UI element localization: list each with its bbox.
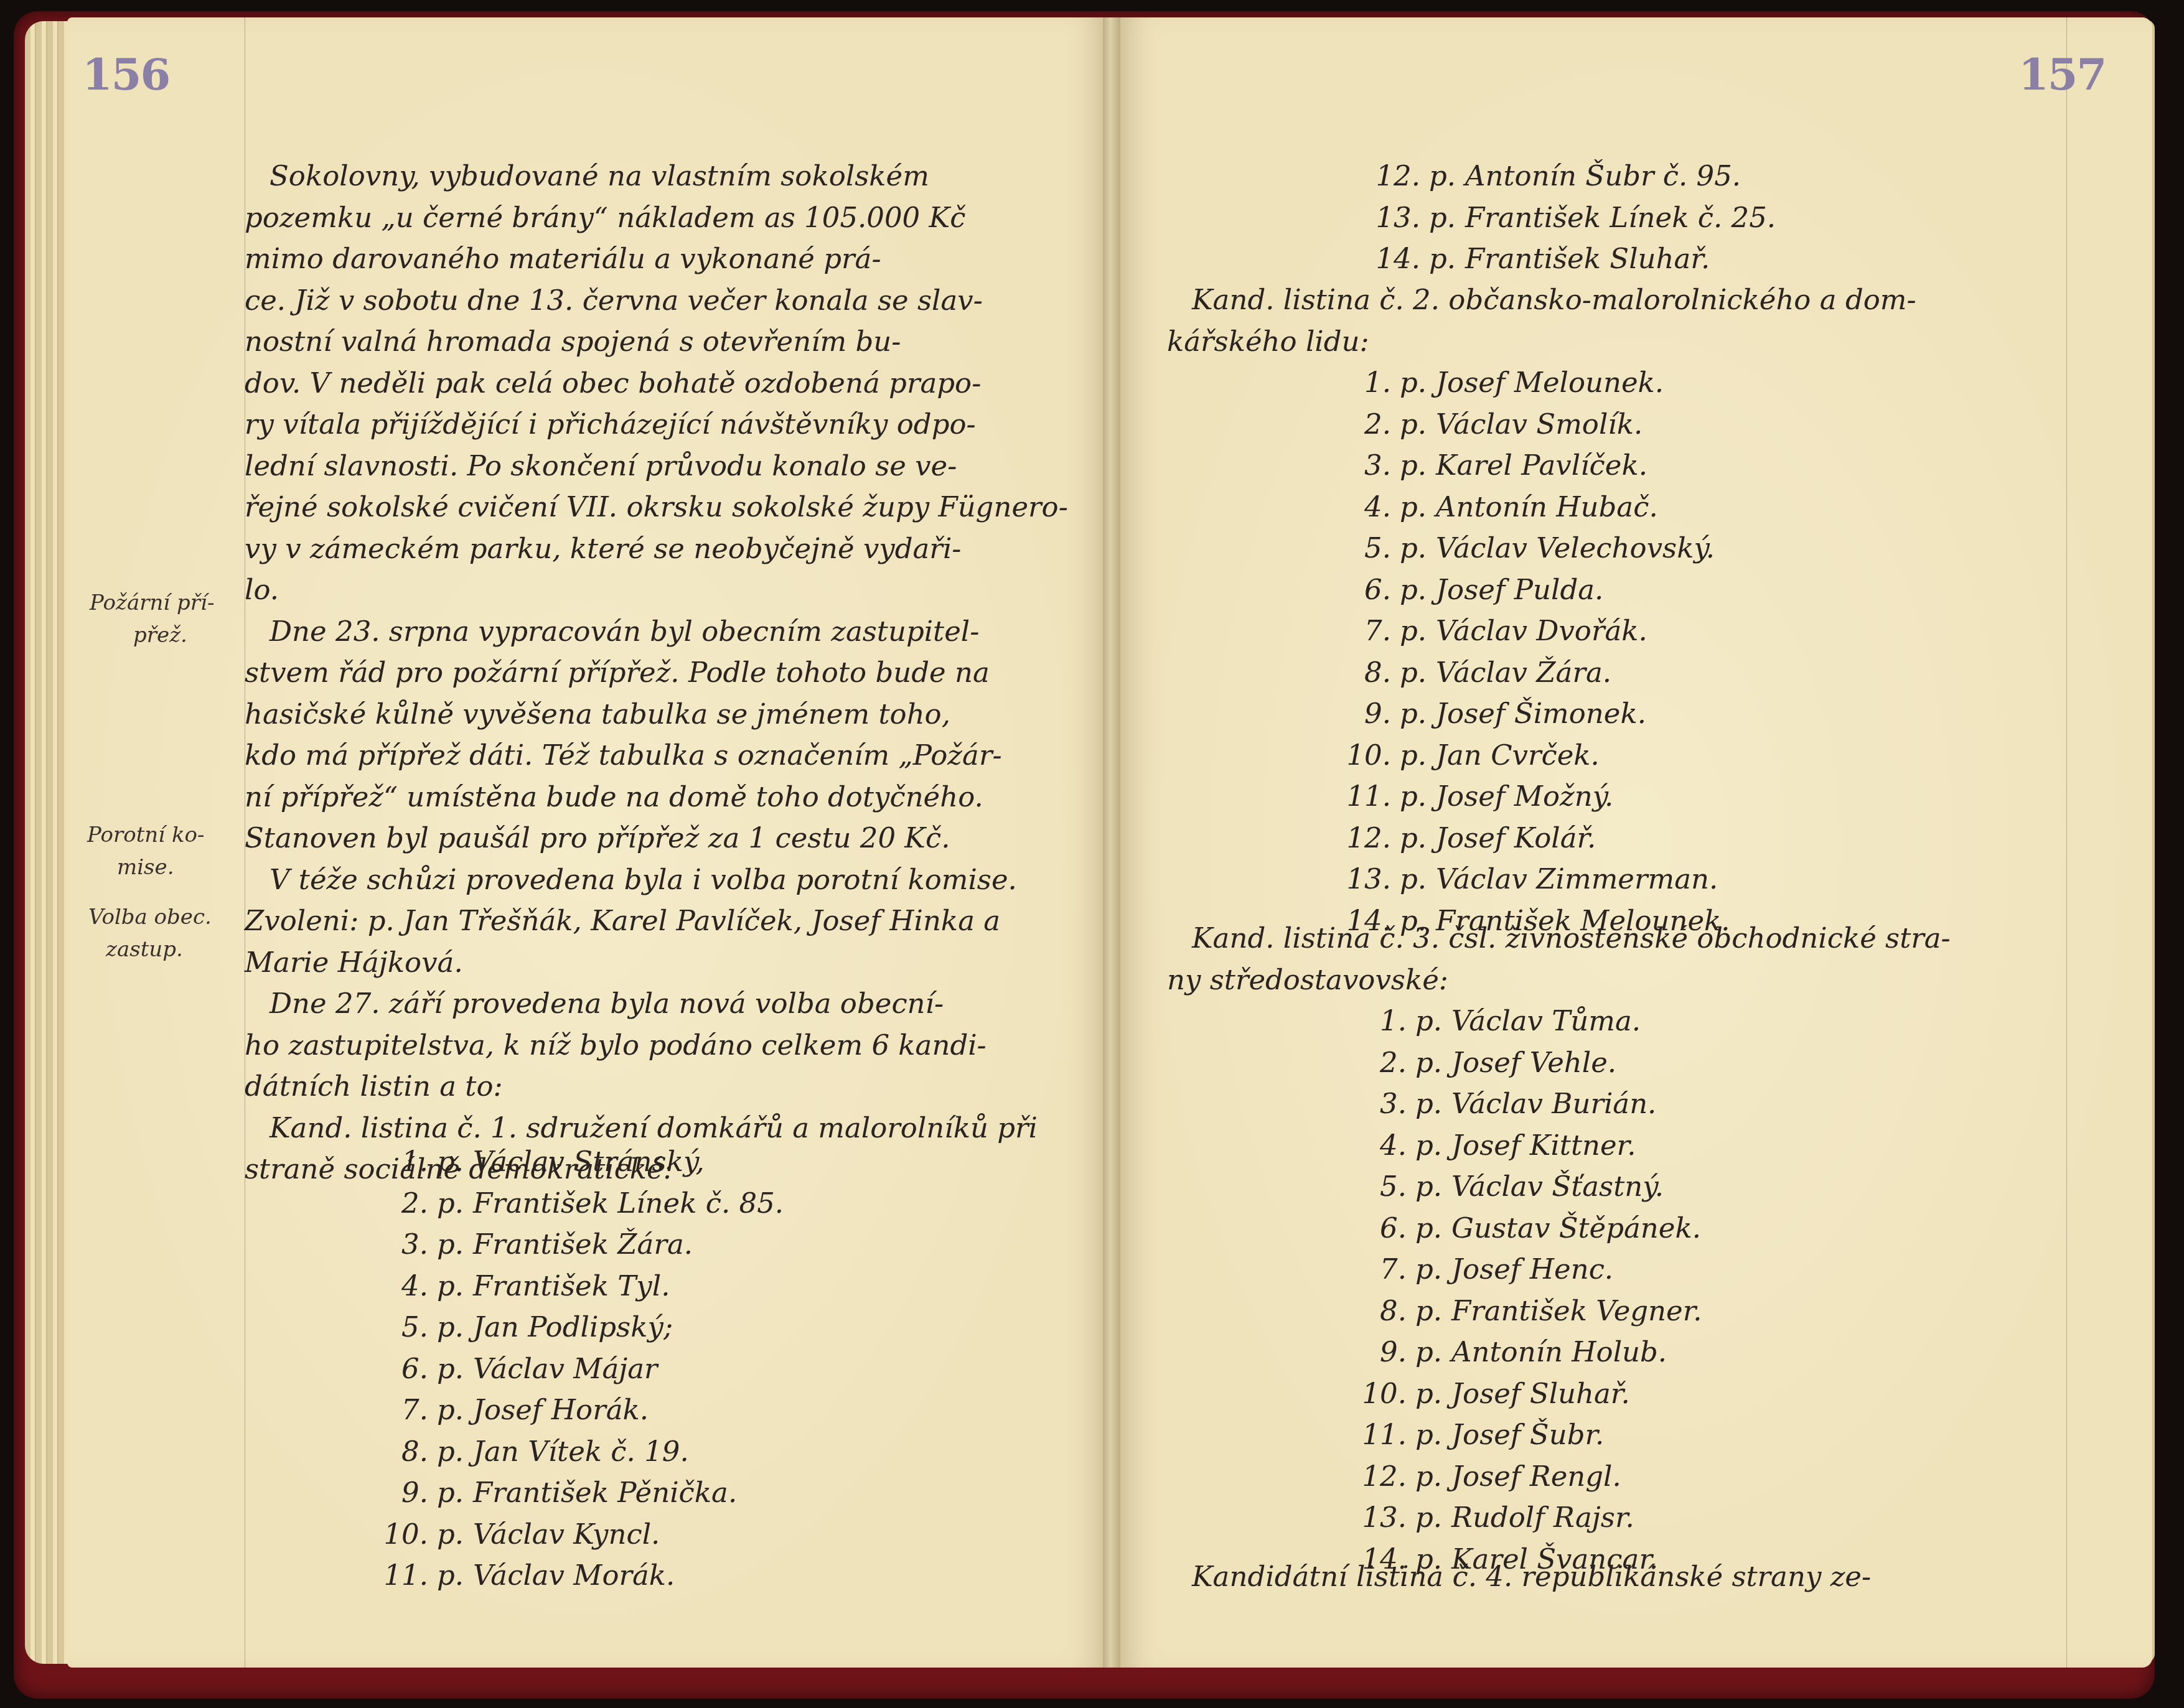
text-line: Kand. listina č. 3. čsl. živnostenské ob… xyxy=(1167,918,1951,959)
candidate-num: 6. xyxy=(1335,569,1391,610)
candidate-num: 13. xyxy=(1335,859,1391,900)
candidate-row: 6.p.Gustav Štěpánek. xyxy=(1351,1208,1702,1249)
candidate-prefix: p. xyxy=(437,1431,473,1472)
candidate-num: 7. xyxy=(1351,1249,1407,1290)
candidate-row: 9.p.František Pěnička. xyxy=(372,1472,784,1514)
candidate-row: 1.p.Josef Melounek. xyxy=(1335,362,1730,404)
candidate-row: 9.p.Antonín Holub. xyxy=(1351,1332,1702,1373)
text-line: hasičské kůlně vyvěšena tabulka se jméne… xyxy=(245,694,1068,735)
candidate-prefix: p. xyxy=(437,1348,473,1389)
page-number-right: 157 xyxy=(2018,49,2106,100)
text-line: Kandidátní listina č. 4. republikánské s… xyxy=(1167,1556,1871,1598)
candidate-row: 11.p.Josef Možný. xyxy=(1335,776,1730,818)
candidate-prefix: p. xyxy=(1400,487,1436,528)
candidate-name: Josef Rengl. xyxy=(1451,1460,1621,1493)
text-line: ry vítala přijíždějící i přicházející ná… xyxy=(245,404,1068,446)
candidate-row: 12.p.Antonín Šubr č. 95. xyxy=(1364,156,1776,197)
right-page: 157 12.p.Antonín Šubr č. 95.13.p.Františ… xyxy=(1120,17,2152,1668)
candidate-row: 7.p.Václav Dvořák. xyxy=(1335,610,1730,652)
candidate-row: 11.p.Václav Morák. xyxy=(372,1555,784,1597)
list-3-heading: Kand. listina č. 3. čsl. živnostenské ob… xyxy=(1167,918,1951,1001)
candidate-num: 7. xyxy=(1335,610,1391,651)
candidate-row: 11.p.Josef Šubr. xyxy=(1351,1414,1702,1456)
text-line: vy v zámeckém parku, které se neobyčejně… xyxy=(245,528,1068,570)
candidate-row: 13.p.Rudolf Rajsr. xyxy=(1351,1497,1702,1539)
candidate-row: 8.p.František Vegner. xyxy=(1351,1290,1702,1332)
page-number-left: 156 xyxy=(82,49,169,100)
candidate-row: 3.p.Václav Burián. xyxy=(1351,1083,1702,1125)
candidate-name: Josef Kolář. xyxy=(1436,821,1596,854)
candidate-name: Karel Pavlíček. xyxy=(1436,449,1647,482)
candidate-prefix: p. xyxy=(1400,859,1436,900)
candidate-name: Václav Morák. xyxy=(473,1559,675,1592)
candidate-num: 5. xyxy=(1335,528,1391,569)
candidate-prefix: p. xyxy=(1400,818,1436,859)
candidate-row: 10.p.Václav Kyncl. xyxy=(372,1514,784,1556)
candidate-name: Václav Šťastný. xyxy=(1451,1170,1664,1203)
candidate-name: Antonín Holub. xyxy=(1451,1335,1667,1368)
text-line: Sokolovny, vybudované na vlastním sokols… xyxy=(245,156,1068,197)
candidate-row: 9.p.Josef Šimonek. xyxy=(1335,693,1730,735)
margin-note-fire-team: Požární pří- přež. xyxy=(90,587,214,651)
text-line: řejné sokolské cvičení VII. okrsku sokol… xyxy=(245,487,1068,528)
candidate-prefix: p. xyxy=(1400,404,1436,445)
page-edges-left xyxy=(25,21,72,1664)
candidate-num: 1. xyxy=(372,1141,428,1182)
candidate-prefix: p. xyxy=(1415,1208,1451,1249)
list-2-heading: Kand. listina č. 2. občansko-malorolnick… xyxy=(1167,279,1916,362)
candidate-prefix: p. xyxy=(1400,528,1436,569)
candidate-row: 7.p.Josef Henc. xyxy=(1351,1249,1702,1290)
text-line: mimo darovaného materiálu a vykonané prá… xyxy=(245,238,1068,280)
candidate-name: Josef Šubr. xyxy=(1451,1418,1604,1451)
candidate-num: 3. xyxy=(1335,445,1391,486)
candidate-num: 8. xyxy=(1351,1290,1407,1332)
candidate-row: 5.p.Jan Podlipský; xyxy=(372,1307,784,1348)
text-line: Kand. listina č. 2. občansko-malorolnick… xyxy=(1167,279,1916,321)
candidate-num: 1. xyxy=(1335,362,1391,403)
candidate-name: Josef Šimonek. xyxy=(1436,697,1646,730)
candidate-prefix: p. xyxy=(1400,735,1436,776)
text-line: Zvoleni: p. Jan Třešňák, Karel Pavlíček,… xyxy=(245,900,1068,942)
text-line: ní přípřež“ umístěna bude na domě toho d… xyxy=(245,777,1068,818)
text-line: kdo má přípřež dáti. Též tabulka s označ… xyxy=(245,735,1068,777)
candidate-list-1-continued: 12.p.Antonín Šubr č. 95.13.p.František L… xyxy=(1364,156,1776,280)
candidate-name: Václav Tůma. xyxy=(1451,1004,1641,1037)
candidate-list-3: 1.p.Václav Tůma.2.p.Josef Vehle.3.p.Václ… xyxy=(1351,1001,1702,1580)
candidate-num: 10. xyxy=(372,1514,428,1555)
text-line: dov. V neděli pak celá obec bohatě ozdob… xyxy=(245,363,1068,404)
candidate-prefix: p. xyxy=(437,1389,473,1430)
candidate-num: 3. xyxy=(1351,1083,1407,1124)
candidate-num: 8. xyxy=(372,1431,428,1472)
candidate-row: 8.p.Jan Vítek č. 19. xyxy=(372,1431,784,1473)
text-line: kářského lidu: xyxy=(1167,321,1916,363)
candidate-prefix: p. xyxy=(1429,197,1465,238)
text-line: dátních listin a to: xyxy=(245,1066,1068,1108)
candidate-num: 6. xyxy=(1351,1208,1407,1249)
candidate-name: Josef Sluhař. xyxy=(1451,1377,1630,1410)
candidate-prefix: p. xyxy=(1415,1290,1451,1332)
candidate-prefix: p. xyxy=(437,1514,473,1555)
text-line: pozemku „u černé brány“ nákladem as 105.… xyxy=(245,197,1068,239)
candidate-name: Jan Vítek č. 19. xyxy=(473,1435,689,1468)
candidate-prefix: p. xyxy=(1400,693,1436,734)
candidate-prefix: p. xyxy=(1400,652,1436,693)
candidate-num: 13. xyxy=(1351,1497,1407,1538)
candidate-name: Gustav Štěpánek. xyxy=(1451,1211,1701,1244)
candidate-name: Václav Dvořák. xyxy=(1436,614,1647,647)
candidate-num: 14. xyxy=(1364,238,1420,279)
candidate-name: František Sluhař. xyxy=(1465,242,1710,275)
candidate-name: Josef Kittner. xyxy=(1451,1129,1636,1162)
candidate-prefix: p. xyxy=(1415,1373,1451,1414)
candidate-num: 9. xyxy=(1351,1332,1407,1373)
candidate-row: 4.p.František Tyl. xyxy=(372,1266,784,1307)
text-line: stvem řád pro požární přípřež. Podle toh… xyxy=(245,652,1068,694)
candidate-num: 2. xyxy=(372,1183,428,1224)
text-line: ce. Již v sobotu dne 13. června večer ko… xyxy=(245,280,1068,322)
margin-note-jury-commission: Porotní ko- mise. xyxy=(87,819,205,884)
candidate-prefix: p. xyxy=(437,1141,473,1182)
candidate-num: 11. xyxy=(372,1555,428,1596)
candidate-row: 10.p.Jan Cvrček. xyxy=(1335,735,1730,777)
candidate-num: 4. xyxy=(372,1266,428,1307)
candidate-prefix: p. xyxy=(437,1472,473,1513)
candidate-prefix: p. xyxy=(1400,362,1436,403)
candidate-name: Jan Cvrček. xyxy=(1436,739,1600,772)
margin-note-council-election: Volba obec. zastup. xyxy=(88,901,212,966)
candidate-name: Rudolf Rajsr. xyxy=(1451,1501,1634,1534)
candidate-num: 12. xyxy=(1335,818,1391,859)
candidate-prefix: p. xyxy=(437,1266,473,1307)
text-line: V téže schůzi provedena byla i volba por… xyxy=(245,859,1068,901)
candidate-name: Antonín Hubač. xyxy=(1436,490,1658,523)
candidate-prefix: p. xyxy=(1429,238,1465,279)
text-line: lo. xyxy=(245,569,1068,611)
text-line: Dne 23. srpna vypracován byl obecním zas… xyxy=(245,611,1068,653)
candidate-prefix: p. xyxy=(437,1183,473,1224)
candidate-row: 2.p.Václav Smolík. xyxy=(1335,404,1730,446)
candidate-num: 10. xyxy=(1335,735,1391,776)
candidate-row: 2.p.Josef Vehle. xyxy=(1351,1042,1702,1084)
candidate-num: 8. xyxy=(1335,652,1391,693)
candidate-row: 4.p.Antonín Hubač. xyxy=(1335,487,1730,528)
candidate-name: František Tyl. xyxy=(473,1269,670,1302)
candidate-row: 5.p.Václav Velechovský. xyxy=(1335,528,1730,569)
candidate-num: 7. xyxy=(372,1389,428,1430)
candidate-row: 12.p.Josef Kolář. xyxy=(1335,818,1730,859)
candidate-name: František Línek č. 85. xyxy=(473,1187,784,1220)
candidate-row: 5.p.Václav Šťastný. xyxy=(1351,1166,1702,1208)
candidate-name: Josef Melounek. xyxy=(1436,366,1664,399)
candidate-name: Václav Smolík. xyxy=(1436,408,1643,441)
candidate-prefix: p. xyxy=(1415,1497,1451,1538)
text-line: ho zastupitelstva, k níž bylo podáno cel… xyxy=(245,1025,1068,1066)
candidate-name: Václav Žára. xyxy=(1436,656,1611,689)
candidate-row: 4.p.Josef Kittner. xyxy=(1351,1125,1702,1167)
candidate-name: Antonín Šubr č. 95. xyxy=(1465,159,1741,192)
candidate-row: 6.p.Václav Májar xyxy=(372,1348,784,1390)
candidate-num: 2. xyxy=(1335,404,1391,445)
candidate-row: 14.p.František Sluhař. xyxy=(1364,238,1776,280)
text-line: lední slavnosti. Po skončení průvodu kon… xyxy=(245,446,1068,487)
candidate-num: 2. xyxy=(1351,1042,1407,1083)
candidate-name: Václav Stránský, xyxy=(473,1145,705,1178)
candidate-name: Josef Horák. xyxy=(473,1393,649,1426)
candidate-list-1: 1.p.Václav Stránský,2.p.František Línek … xyxy=(372,1141,784,1597)
candidate-name: Václav Burián. xyxy=(1451,1087,1656,1120)
candidate-list-2: 1.p.Josef Melounek.2.p.Václav Smolík.3.p… xyxy=(1335,362,1730,941)
candidate-num: 6. xyxy=(372,1348,428,1389)
margin-rule xyxy=(2066,17,2067,1668)
candidate-prefix: p. xyxy=(1415,1332,1451,1373)
candidate-name: Jan Podlipský; xyxy=(473,1310,673,1343)
candidate-name: Václav Velechovský. xyxy=(1436,531,1715,564)
candidate-name: Václav Kyncl. xyxy=(473,1518,660,1551)
candidate-prefix: p. xyxy=(437,1555,473,1596)
candidate-num: 9. xyxy=(1335,693,1391,734)
candidate-prefix: p. xyxy=(437,1224,473,1265)
candidate-row: 10.p.Josef Sluhař. xyxy=(1351,1373,1702,1415)
candidate-num: 5. xyxy=(372,1307,428,1348)
candidate-prefix: p. xyxy=(437,1307,473,1348)
candidate-num: 4. xyxy=(1335,487,1391,528)
text-line: ny středostavovské: xyxy=(1167,959,1951,1001)
candidate-name: Josef Možný. xyxy=(1436,780,1613,813)
candidate-row: 13.p.Václav Zimmerman. xyxy=(1335,859,1730,900)
candidate-num: 9. xyxy=(372,1472,428,1513)
left-page: 156 Sokolovny, vybudované na vlastním so… xyxy=(67,17,1105,1668)
book-gutter xyxy=(1103,17,1122,1668)
candidate-num: 11. xyxy=(1335,776,1391,817)
candidate-row: 6.p.Josef Pulda. xyxy=(1335,569,1730,611)
candidate-prefix: p. xyxy=(1415,1125,1451,1166)
left-page-body-text: Sokolovny, vybudované na vlastním sokols… xyxy=(245,156,1068,1190)
candidate-prefix: p. xyxy=(1415,1042,1451,1083)
candidate-name: František Pěnička. xyxy=(473,1476,737,1509)
candidate-row: 3.p.Karel Pavlíček. xyxy=(1335,445,1730,487)
candidate-prefix: p. xyxy=(1400,776,1436,817)
candidate-name: Václav Májar xyxy=(473,1352,658,1385)
candidate-row: 12.p.Josef Rengl. xyxy=(1351,1456,1702,1498)
candidate-prefix: p. xyxy=(1415,1166,1451,1207)
candidate-row: 3.p.František Žára. xyxy=(372,1224,784,1266)
candidate-prefix: p. xyxy=(1400,610,1436,651)
candidate-row: 1.p.Václav Stránský, xyxy=(372,1141,784,1183)
candidate-num: 12. xyxy=(1351,1456,1407,1497)
candidate-row: 13.p.František Línek č. 25. xyxy=(1364,197,1776,239)
candidate-num: 3. xyxy=(372,1224,428,1265)
candidate-num: 10. xyxy=(1351,1373,1407,1414)
candidate-prefix: p. xyxy=(1415,1083,1451,1124)
candidate-num: 1. xyxy=(1351,1001,1407,1042)
candidate-prefix: p. xyxy=(1415,1249,1451,1290)
text-line: Marie Hájková. xyxy=(245,942,1068,984)
candidate-row: 8.p.Václav Žára. xyxy=(1335,652,1730,694)
candidate-prefix: p. xyxy=(1415,1456,1451,1497)
candidate-row: 2.p.František Línek č. 85. xyxy=(372,1183,784,1225)
candidate-name: Josef Pulda. xyxy=(1436,573,1603,606)
candidate-prefix: p. xyxy=(1415,1414,1451,1455)
text-line: Dne 27. září provedena byla nová volba o… xyxy=(245,983,1068,1025)
candidate-num: 11. xyxy=(1351,1414,1407,1455)
candidate-num: 5. xyxy=(1351,1166,1407,1207)
candidate-num: 12. xyxy=(1364,156,1420,197)
candidate-num: 4. xyxy=(1351,1125,1407,1166)
candidate-name: František Línek č. 25. xyxy=(1465,201,1776,234)
candidate-name: Josef Henc. xyxy=(1451,1253,1613,1286)
candidate-num: 13. xyxy=(1364,197,1420,238)
candidate-row: 1.p.Václav Tůma. xyxy=(1351,1001,1702,1042)
candidate-name: Václav Zimmerman. xyxy=(1436,862,1718,895)
candidate-prefix: p. xyxy=(1400,569,1436,610)
list-4-heading: Kandidátní listina č. 4. republikánské s… xyxy=(1167,1556,1871,1598)
candidate-prefix: p. xyxy=(1429,156,1465,197)
candidate-prefix: p. xyxy=(1400,445,1436,486)
candidate-name: František Žára. xyxy=(473,1228,693,1261)
text-line: nostní valná hromada spojená s otevřením… xyxy=(245,321,1068,363)
candidate-name: Josef Vehle. xyxy=(1451,1046,1616,1079)
candidate-row: 7.p.Josef Horák. xyxy=(372,1389,784,1431)
text-line: Stanoven byl paušál pro přípřež za 1 ces… xyxy=(245,818,1068,859)
candidate-name: František Vegner. xyxy=(1451,1294,1702,1327)
candidate-prefix: p. xyxy=(1415,1001,1451,1042)
